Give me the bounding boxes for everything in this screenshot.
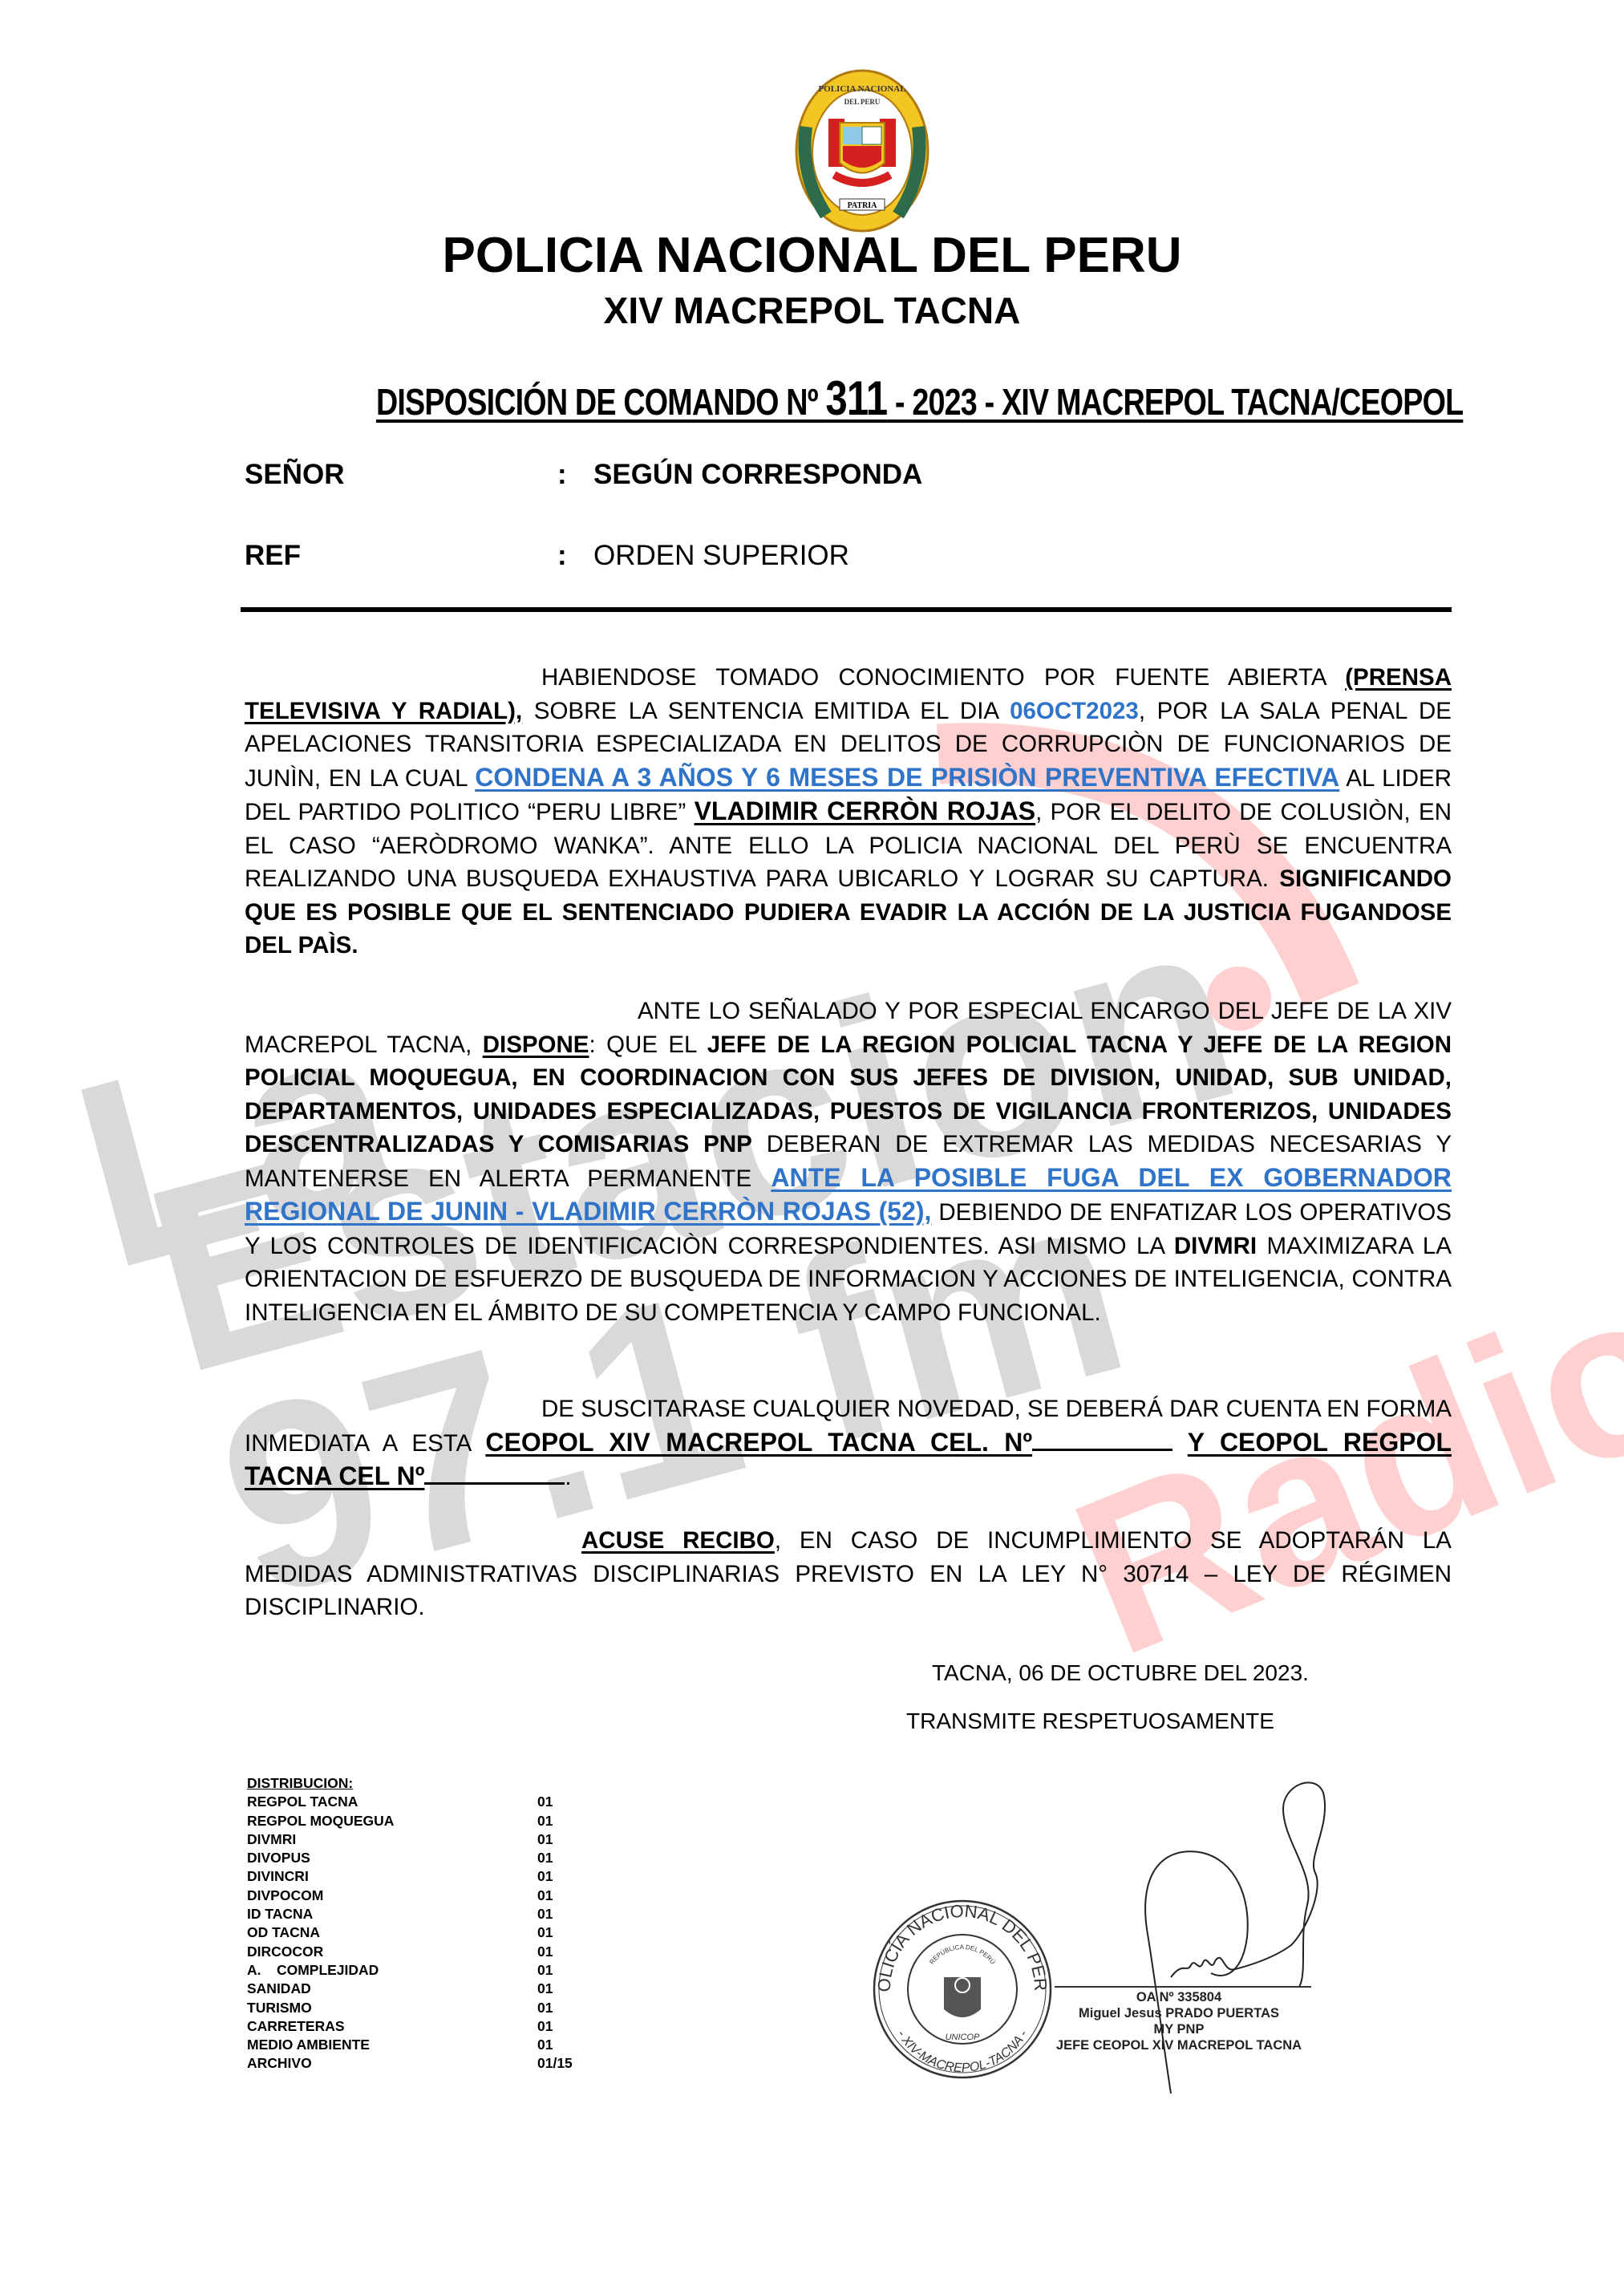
paragraph-1: HABIENDOSE TOMADO CONOCIMIENTO POR FUENT… [245,661,1452,963]
phone-blank-2 [424,1482,565,1485]
title-number: 311 [825,371,887,425]
distribution-row: ID TACNA01 [247,1905,568,1923]
signer-rank: MY PNP [1035,2021,1323,2037]
distribution-recipient: DIRCOCOR [247,1943,323,1961]
phone-blank-1 [1032,1449,1172,1451]
distribution-recipient: ARCHIVO [247,2054,312,2073]
sentence-highlight: CONDENA A 3 AÑOS Y 6 MESES DE PRISIÒN PR… [475,763,1339,792]
document-title: DISPOSICIÓN DE COMANDO Nº 311 - 2023 - X… [376,371,1333,426]
distribution-qty: 01 [537,1923,553,1942]
svg-text:REPÚBLICA DEL PERÚ: REPÚBLICA DEL PERÚ [928,1944,996,1966]
ceopol-contact: CEOPOL XIV MACREPOL TACNA CEL. Nº [485,1428,1032,1457]
distribution-qty: 01 [537,1867,553,1886]
distribution-qty: 01 [537,1849,553,1867]
distribution-row: DIVMRI01 [247,1830,568,1849]
distribution-recipient: OD TACNA [247,1923,320,1942]
distribution-qty: 01 [537,1961,553,1980]
distribution-qty: 01 [537,1830,553,1849]
signer-name: Miguel Jesus PRADO PUERTAS [1035,2005,1323,2021]
distribution-row: DIVINCRI01 [247,1867,568,1886]
distribution-recipient: DIVMRI [247,1830,296,1849]
distribution-qty: 01 [537,1943,553,1961]
title-prefix: DISPOSICIÓN DE COMANDO Nº [376,381,825,423]
distribution-qty: 01 [537,1887,553,1905]
official-stamp-icon: POLICÍA NACIONAL DEL PERÚ - XIV-MACREPOL… [870,1897,1055,2081]
transmite-line: TRANSMITE RESPETUOSAMENTE [906,1708,1274,1734]
distribution-row: SANIDAD01 [247,1980,568,1998]
distribution-row: CARRETERAS01 [247,2017,568,2036]
distribution-row: REGPOL MOQUEGUA01 [247,1812,568,1830]
meta-colon: : [557,540,567,572]
place-date: TACNA, 06 DE OCTUBRE DEL 2023. [932,1660,1309,1686]
dispone-keyword: DISPONE [483,1032,589,1058]
distribution-list: DISTRIBUCION: REGPOL TACNA01REGPOL MOQUE… [247,1774,568,2073]
distribution-recipient: DIVPOCOM [247,1887,323,1905]
distribution-qty: 01 [537,1812,553,1830]
distribution-row: DIVPOCOM01 [247,1887,568,1905]
distribution-row: A. COMPLEJIDAD01 [247,1961,568,1980]
distribution-qty: 01 [537,1999,553,2017]
svg-text:DEL PERU: DEL PERU [844,98,881,106]
distribution-recipient: SANIDAD [247,1980,311,1998]
acuse-recibo: ACUSE RECIBO [581,1527,775,1554]
paragraph-3: DE SUSCITARASE CUALQUIER NOVEDAD, SE DEB… [245,1392,1452,1494]
divmri-keyword: DIVMRI [1174,1233,1257,1259]
signature-line [1055,1986,1311,1988]
svg-text:PATRIA: PATRIA [848,201,878,210]
distribution-recipient: MEDIO AMBIENTE [247,2036,370,2054]
distribution-recipient: DIVINCRI [247,1867,309,1886]
distribution-row: MEDIO AMBIENTE01 [247,2036,568,2054]
distribution-recipient: CARRETERAS [247,2017,345,2036]
distribution-qty: 01 [537,2036,553,2054]
signer-position: JEFE CEOPOL XIV MACREPOL TACNA [1035,2037,1323,2053]
institution-heading: POLICIA NACIONAL DEL PERU [0,227,1624,284]
svg-text:UNICOP: UNICOP [946,2033,980,2042]
distribution-row: TURISMO01 [247,1999,568,2017]
distribution-recipient: TURISMO [247,1999,312,2017]
sentence-date: 06OCT2023 [1010,698,1139,724]
distribution-row: OD TACNA01 [247,1923,568,1942]
meta-label: SEÑOR [245,459,344,491]
paragraph-4: ACUSE RECIBO, EN CASO DE INCUMPLIMIENTO … [245,1524,1452,1624]
distribution-qty: 01 [537,1905,553,1923]
distribution-recipient: A. COMPLEJIDAD [247,1961,379,1980]
meta-value: ORDEN SUPERIOR [593,540,849,572]
distribution-heading: DISTRIBUCION: [247,1774,568,1793]
distribution-row: DIRCOCOR01 [247,1943,568,1961]
distribution-recipient: ID TACNA [247,1905,313,1923]
signer-oa: OA Nº 335804 [1035,1989,1323,2005]
distribution-qty: 01/15 [537,2054,573,2073]
paragraph-2: ANTE LO SEÑALADO Y POR ESPECIAL ENCARGO … [245,995,1452,1329]
distribution-recipient: REGPOL MOQUEGUA [247,1812,394,1830]
header-divider [241,607,1452,612]
distribution-qty: 01 [537,1980,553,1998]
police-crest-icon: PATRIA POLICIA NACIONAL DEL PERU [790,63,934,235]
signature-block: OA Nº 335804 Miguel Jesus PRADO PUERTAS … [1035,1989,1323,2053]
meta-label: REF [245,540,301,572]
sentenced-name: VLADIMIR CERRÒN ROJAS [695,796,1036,825]
distribution-recipient: DIVOPUS [247,1849,310,1867]
distribution-row: DIVOPUS01 [247,1849,568,1867]
distribution-row: ARCHIVO01/15 [247,2054,568,2073]
distribution-qty: 01 [537,1793,553,1811]
distribution-recipient: REGPOL TACNA [247,1793,358,1811]
svg-text:POLICIA NACIONAL: POLICIA NACIONAL [818,84,905,94]
meta-value: SEGÚN CORRESPONDA [593,459,922,491]
title-suffix: - 2023 - XIV MACREPOL TACNA/CEOPOL [887,381,1463,423]
distribution-qty: 01 [537,2017,553,2036]
distribution-row: REGPOL TACNA01 [247,1793,568,1811]
meta-colon: : [557,459,567,491]
unit-heading: XIV MACREPOL TACNA [0,289,1624,332]
